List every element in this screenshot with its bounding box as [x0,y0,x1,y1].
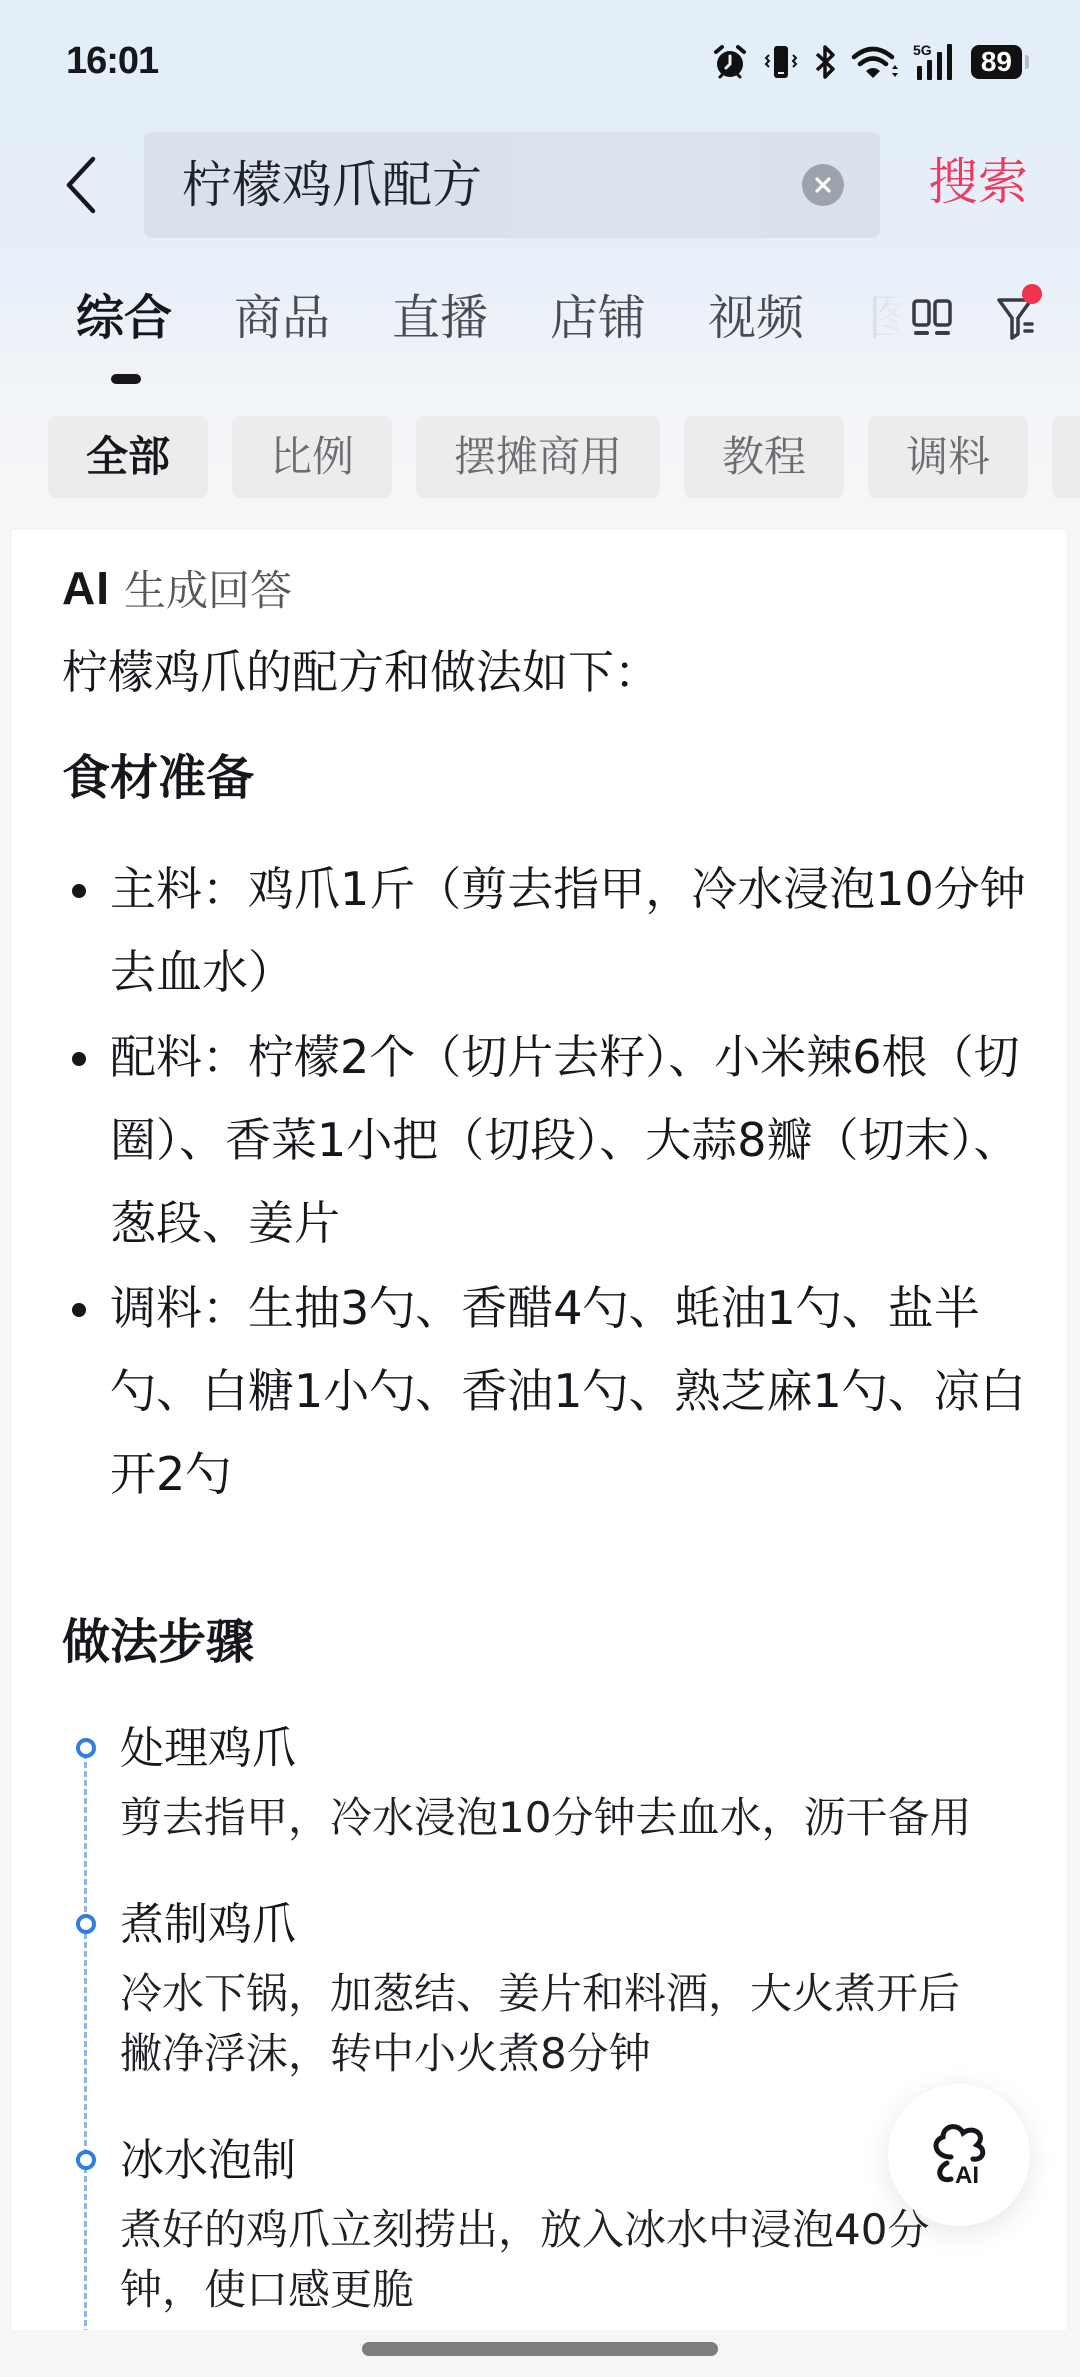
filter-notification-dot [1022,284,1042,304]
home-indicator[interactable] [362,2342,718,2356]
bluetooth-icon [813,43,837,81]
step-marker-icon [76,2150,96,2170]
battery-indicator: 89 [971,45,1022,79]
tab-live[interactable]: 直播 [392,288,488,348]
status-icons: 5G 89 [711,42,1022,82]
tab-products[interactable]: 商品 [234,288,330,348]
step-marker-icon [76,1738,96,1758]
chip-commercial-stall[interactable]: 摆摊商用 [416,416,660,498]
ai-assistant-icon: AI [921,2117,997,2193]
5g-signal-icon: 5G [913,42,957,82]
step-title: 处理鸡爪 [120,1720,1032,1778]
chevron-left-icon [63,155,97,215]
step-title: 煮制鸡爪 [120,1896,1032,1954]
vibrate-icon [763,43,799,81]
dual-column-icon[interactable] [912,298,952,338]
step-description: 煮好的鸡爪立刻捞出，放入冰水中浸泡40分钟，使口感更脆 [120,2200,1000,2320]
step-item: 冰水泡制 煮好的鸡爪立刻捞出，放入冰水中浸泡40分钟，使口感更脆 [62,2132,1032,2320]
steps-title: 做法步骤 [62,1612,254,1672]
ingredient-item-main: 主料：鸡爪1斤（剪去指甲，冷水浸泡10分钟去血水） [62,848,1032,1014]
steps-timeline: 处理鸡爪 剪去指甲，冷水浸泡10分钟去血水，沥干备用 煮制鸡爪 冷水下锅，加葱结… [62,1720,1032,2320]
ai-badge: AI [62,561,110,615]
tab-shops[interactable]: 店铺 [550,288,646,348]
ingredient-item-seasoning: 调料：生抽3勺、香醋4勺、蚝油1勺、盐半勺、白糖1小勺、香油1勺、熟芝麻1勺、凉… [62,1267,1032,1516]
ai-header-label: 生成回答 [124,558,292,618]
sub-filter-chips: 全部 比例 摆摊商用 教程 调料 [48,416,1080,498]
clear-search-button[interactable] [802,164,844,206]
chip-tutorial[interactable]: 教程 [684,416,844,498]
ai-answer-card: AI 生成回答 柠檬鸡爪的配方和做法如下： 食材准备 主料：鸡爪1斤（剪去指甲，… [12,530,1066,2330]
active-tab-indicator [111,374,141,384]
step-marker-icon [76,1914,96,1934]
search-input[interactable]: 柠檬鸡爪配方 [144,132,880,238]
step-description: 剪去指甲，冷水浸泡10分钟去血水，沥干备用 [120,1788,1032,1848]
chip-seasoning[interactable]: 调料 [868,416,1028,498]
ai-assistant-button[interactable]: AI [888,2084,1030,2226]
status-bar: 16:01 5G 89 [0,0,1080,120]
answer-intro: 柠檬鸡爪的配方和做法如下： [62,642,660,702]
tab-images-partial[interactable]: 图 [868,288,908,348]
alarm-icon [711,43,749,81]
step-item: 煮制鸡爪 冷水下锅，加葱结、姜片和料酒，大火煮开后撇净浮沫，转中小火煮8分钟 [62,1896,1032,2084]
wifi-icon [851,43,899,81]
search-query[interactable]: 柠檬鸡爪配方 [182,156,482,214]
search-button[interactable]: 搜索 [928,152,1028,212]
chip-ratio[interactable]: 比例 [232,416,392,498]
chip-partial[interactable] [1052,416,1080,498]
svg-text:5G: 5G [913,42,932,58]
clear-icon [813,175,833,195]
svg-text:AI: AI [955,2162,979,2189]
back-button[interactable] [56,152,104,218]
ingredients-title: 食材准备 [62,748,254,808]
ingredient-item-side: 配料：柠檬2个（切片去籽）、小米辣6根（切圈）、香菜1小把（切段）、大蒜8瓣（切… [62,1016,1032,1265]
status-time: 16:01 [66,40,158,83]
tab-comprehensive[interactable]: 综合 [76,288,172,348]
ingredients-list: 主料：鸡爪1斤（剪去指甲，冷水浸泡10分钟去血水） 配料：柠檬2个（切片去籽）、… [62,848,1032,1518]
tab-videos[interactable]: 视频 [708,288,804,348]
category-tabs: 综合 商品 直播 店铺 视频 图 [0,282,1080,382]
ai-answer-header: AI 生成回答 [62,558,292,618]
step-description: 冷水下锅，加葱结、姜片和料酒，大火煮开后撇净浮沫，转中小火煮8分钟 [120,1964,1000,2084]
chip-all[interactable]: 全部 [48,416,208,498]
step-item: 处理鸡爪 剪去指甲，冷水浸泡10分钟去血水，沥干备用 [62,1720,1032,1848]
search-row: 柠檬鸡爪配方 搜索 [0,130,1080,240]
